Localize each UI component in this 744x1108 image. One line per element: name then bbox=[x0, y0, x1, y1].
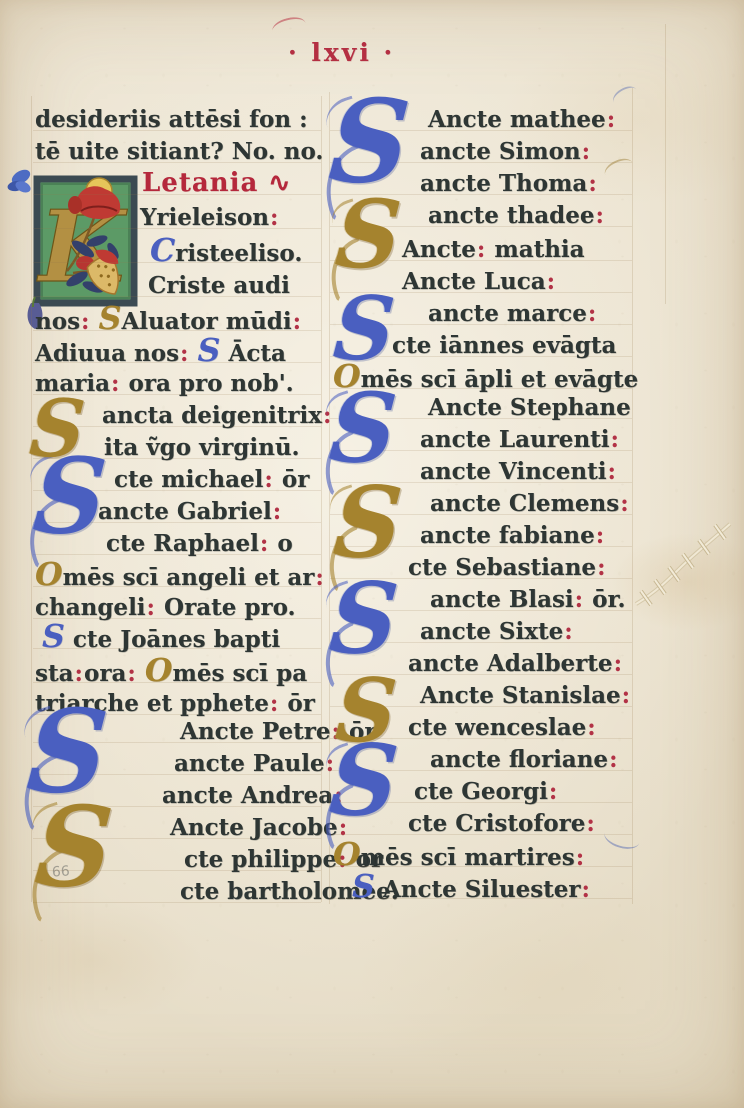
text-line: Ancte Luca: bbox=[402, 268, 556, 295]
text-segment: mēs scī āpli et evāgte bbox=[361, 366, 639, 393]
text-segment: Ancte Jacobe bbox=[170, 814, 338, 841]
text-segment: mathia bbox=[486, 236, 584, 263]
text-line: Ancte Stanislae: bbox=[420, 682, 631, 709]
text-segment: : bbox=[549, 778, 558, 805]
text-segment: : bbox=[614, 650, 623, 677]
text-segment: ancta deigenitrix bbox=[102, 402, 322, 429]
text-segment: mēs scī martires bbox=[361, 844, 575, 871]
text-segment: : bbox=[477, 236, 486, 263]
illuminated-initial-S: S bbox=[327, 386, 399, 470]
text-segment: Orate pro. bbox=[156, 594, 295, 621]
text-line: Omēs scī martires: bbox=[333, 842, 585, 871]
text-segment: ancte Sixte bbox=[420, 618, 563, 645]
text-segment: Yrieleison bbox=[140, 204, 269, 231]
text-line: nos: SAluator mūdi: bbox=[35, 306, 302, 335]
illuminated-initial-S: S bbox=[33, 798, 116, 895]
text-segment: ancte Paule bbox=[174, 750, 325, 777]
text-segment: : bbox=[586, 810, 595, 837]
text-segment: : bbox=[608, 458, 617, 485]
illuminated-initial-S: S bbox=[333, 194, 404, 276]
text-segment: ancte Blasi bbox=[430, 586, 574, 613]
text-segment: : bbox=[596, 522, 605, 549]
text-segment: : bbox=[547, 268, 556, 295]
text-segment: nos bbox=[35, 308, 80, 335]
text-segment: Ancte mathee bbox=[428, 106, 606, 133]
text-line: Ancte Stephane bbox=[428, 394, 631, 421]
text-segment: cte michael bbox=[114, 466, 263, 493]
text-segment: : bbox=[111, 370, 120, 397]
text-segment: Letania bbox=[142, 168, 268, 198]
text-line: cte Raphael: o bbox=[106, 530, 293, 557]
text-line: cte Cristofore: bbox=[408, 810, 596, 837]
text-line: ancte fabiane: bbox=[420, 522, 605, 549]
text-segment: : bbox=[293, 308, 302, 335]
text-segment: ora bbox=[84, 660, 126, 687]
text-segment: : bbox=[127, 660, 136, 687]
text-line: Ancte: mathia bbox=[402, 236, 585, 263]
text-segment: risteeliso. bbox=[175, 240, 302, 267]
text-segment: desideriis attēsi fon bbox=[35, 106, 291, 133]
text-line: ancte Simon: bbox=[420, 138, 591, 165]
text-segment: : bbox=[597, 554, 606, 581]
text-line: cte michael: ōr bbox=[114, 466, 309, 493]
text-segment: : bbox=[596, 202, 605, 229]
text-line: ancte Andrea: bbox=[162, 782, 344, 809]
text-segment: mēs scī angeli et ar bbox=[63, 564, 315, 591]
text-segment: : bbox=[291, 106, 308, 133]
text-line: ita ṽgo virginū. bbox=[104, 434, 300, 461]
text-segment: : bbox=[611, 426, 620, 453]
text-segment: cte iānnes evāgta bbox=[392, 332, 616, 359]
text-line: ancte Clemens: bbox=[430, 490, 630, 517]
text-segment: : bbox=[74, 660, 83, 687]
text-segment: sta bbox=[35, 660, 73, 687]
text-segment: cte Georgi bbox=[414, 778, 548, 805]
text-segment: : bbox=[315, 564, 324, 591]
text-segment: No. no. bbox=[232, 138, 324, 165]
illuminated-initial-S: S bbox=[326, 92, 412, 193]
text-segment: : bbox=[576, 844, 585, 871]
illuminated-initial-S: S bbox=[331, 291, 397, 368]
text-segment: : bbox=[582, 876, 591, 903]
text-segment: Adiuua nos bbox=[35, 340, 179, 367]
illuminated-initial-S: S bbox=[31, 450, 110, 542]
text-line: ancte Adalberte: bbox=[408, 650, 623, 677]
text-segment: : bbox=[582, 138, 591, 165]
text-segment: : bbox=[270, 690, 279, 717]
text-line: ancte floriane: bbox=[430, 746, 619, 773]
text-segment: Criste audi bbox=[148, 272, 290, 299]
text-segment: : bbox=[264, 466, 273, 493]
text-line: cte wenceslae: bbox=[408, 714, 597, 741]
text-segment: : bbox=[564, 618, 573, 645]
text-segment: ancte marce bbox=[428, 300, 587, 327]
text-segment: ita ṽgo virginū. bbox=[104, 434, 300, 461]
text-segment: ancte Simon bbox=[420, 138, 581, 165]
text-line: Cristeeliso. bbox=[150, 238, 302, 267]
versal-initial: S bbox=[99, 300, 122, 337]
text-segment: cte Cristofore bbox=[408, 810, 585, 837]
text-segment: : bbox=[620, 490, 629, 517]
text-segment: ancte Andrea bbox=[162, 782, 333, 809]
text-segment: tē uite sitiant? bbox=[35, 138, 232, 165]
ruling-line-vertical bbox=[321, 96, 322, 902]
text-line: ancte Thoma: bbox=[420, 170, 598, 197]
text-line: S Ancte Siluester: bbox=[352, 874, 591, 903]
text-segment: Ancte bbox=[402, 236, 476, 263]
text-segment: o bbox=[269, 530, 292, 557]
text-segment: ∿ bbox=[268, 168, 291, 198]
text-line: cte Sebastiane: bbox=[408, 554, 607, 581]
text-line: cte iānnes evāgta bbox=[392, 332, 616, 359]
text-segment: Ancte Luca bbox=[402, 268, 546, 295]
text-segment: ancte thadee bbox=[428, 202, 595, 229]
bellflower-blue-icon bbox=[7, 167, 33, 195]
text-line: tē uite sitiant? No. no. bbox=[35, 138, 323, 165]
text-segment: ancte fabiane bbox=[420, 522, 595, 549]
text-segment: Ancte Siluester bbox=[375, 876, 581, 903]
text-line: ancte marce: bbox=[428, 300, 597, 327]
versal-initial: C bbox=[150, 232, 175, 269]
text-segment: changeli bbox=[35, 594, 146, 621]
text-line: ancte Paule: bbox=[174, 750, 335, 777]
text-line: ancte Laurenti: bbox=[420, 426, 620, 453]
text-segment: : bbox=[147, 594, 156, 621]
text-line: ancte Vincenti: bbox=[420, 458, 617, 485]
text-line: ancte thadee: bbox=[428, 202, 605, 229]
ruling-line-vertical bbox=[665, 24, 666, 304]
text-line: Omēs scī angeli et ar: bbox=[35, 562, 325, 591]
text-segment: : bbox=[607, 106, 616, 133]
text-segment: cte Joānes bapti bbox=[65, 626, 280, 653]
text-segment: ancte Gabriel bbox=[98, 498, 272, 525]
text-segment: ancte Vincenti bbox=[420, 458, 607, 485]
text-segment: : bbox=[260, 530, 269, 557]
text-segment: : bbox=[81, 308, 90, 335]
red-curl-icon bbox=[270, 14, 307, 40]
text-line: ancte Gabriel: bbox=[98, 498, 282, 525]
text-line: Ancte mathee: bbox=[428, 106, 616, 133]
versal-initial: S bbox=[42, 618, 65, 655]
text-line: ancta deigenitrix: o bbox=[102, 402, 356, 429]
text-segment: cte Sebastiane bbox=[408, 554, 596, 581]
text-line: Criste audi bbox=[148, 272, 290, 299]
text-segment: : bbox=[180, 340, 189, 367]
text-line: changeli: Orate pro. bbox=[35, 594, 296, 621]
parchment-repair-stitching bbox=[624, 508, 744, 620]
text-segment: : bbox=[622, 682, 631, 709]
manuscript-page: · lxvi · K bbox=[0, 0, 744, 1108]
text-line: S cte Joānes bapti bbox=[42, 624, 280, 653]
text-segment: ancte Clemens bbox=[430, 490, 619, 517]
ruling-line-vertical bbox=[632, 88, 633, 904]
blue-curl-icon bbox=[602, 823, 642, 852]
text-line: sta:ora: Omēs scī pa bbox=[35, 658, 307, 687]
text-segment: : bbox=[575, 586, 584, 613]
text-segment: ancte floriane bbox=[430, 746, 608, 773]
text-segment: cte philippe bbox=[184, 846, 337, 873]
text-line: ancte Blasi: ōr. bbox=[430, 586, 626, 613]
text-segment: ōr bbox=[274, 466, 309, 493]
text-line: cte Georgi: bbox=[414, 778, 558, 805]
text-segment: : bbox=[588, 170, 597, 197]
text-segment bbox=[190, 340, 198, 367]
text-segment: Ācta bbox=[220, 340, 285, 367]
text-line: ancte Sixte: bbox=[420, 618, 574, 645]
text-segment: : bbox=[609, 746, 618, 773]
text-line: Yrieleison: bbox=[140, 204, 280, 231]
text-segment: cte Raphael bbox=[106, 530, 259, 557]
text-segment: ancte Thoma bbox=[420, 170, 587, 197]
text-segment: : bbox=[273, 498, 282, 525]
text-segment: : bbox=[270, 204, 279, 231]
text-segment: ancte Adalberte bbox=[408, 650, 613, 677]
text-line: desideriis attēsi fon : bbox=[35, 106, 308, 133]
versal-initial: O bbox=[145, 652, 173, 689]
illuminated-initial-S: S bbox=[331, 480, 405, 566]
text-segment: ōr. bbox=[584, 586, 625, 613]
text-segment: mēs scī pa bbox=[173, 660, 308, 687]
text-segment: cte wenceslae bbox=[408, 714, 586, 741]
text-segment: Ancte Petre bbox=[180, 718, 331, 745]
text-segment: Ancte Stephane bbox=[428, 394, 631, 421]
text-segment: : bbox=[588, 300, 597, 327]
illuminated-initial-S: S bbox=[327, 576, 401, 662]
text-segment: ora pro nob'. bbox=[121, 370, 294, 397]
versal-initial: S bbox=[352, 868, 375, 905]
rubric-letania: Letania ∿ bbox=[142, 170, 291, 197]
text-segment bbox=[91, 308, 99, 335]
text-segment: ancte Laurenti bbox=[420, 426, 610, 453]
text-line: Adiuua nos: S Ācta bbox=[35, 338, 286, 367]
text-segment: : bbox=[587, 714, 596, 741]
text-segment bbox=[137, 660, 145, 687]
folio-number: · lxvi · bbox=[288, 38, 395, 67]
versal-initial: S bbox=[198, 332, 221, 369]
illuminated-initial-S: S bbox=[327, 738, 401, 824]
text-segment: Ancte Stanislae bbox=[420, 682, 621, 709]
text-segment: ōr bbox=[279, 690, 314, 717]
text-segment: Aluator mūdi bbox=[121, 308, 291, 335]
